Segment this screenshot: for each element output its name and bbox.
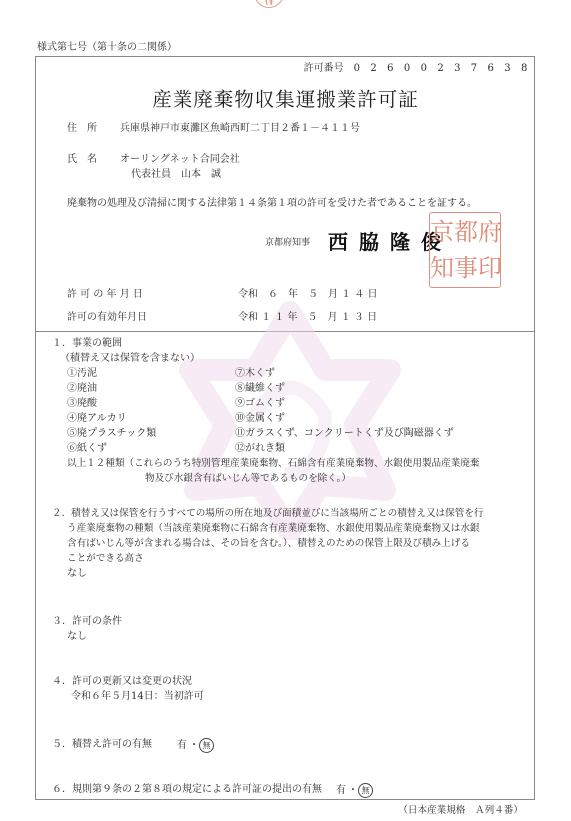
seal-char: 府 [478, 215, 502, 251]
expiry-date-label: 許可の有効年月日 [67, 311, 147, 324]
permit-date-value: 令和 ６ 年 ５ 月 １ ４ 日 [238, 288, 378, 301]
option-no-circled: 無 [199, 738, 214, 753]
issuer-title: 京都府知事 [265, 235, 310, 248]
waste-item: ①汚泥 [67, 367, 97, 380]
waste-item: ⑪ガラスくず、コンクリートくず及び陶磁器くず [235, 427, 454, 440]
waste-item: ⑧繊維くず [235, 382, 285, 395]
waste-item: ⑫がれき類 [235, 442, 285, 455]
permit-number-value: 0 2 6 0 0 2 3 7 6 3 8 [354, 63, 531, 74]
section-2-line: ことができる高さ [67, 552, 144, 565]
seal-char: 知 [430, 251, 454, 287]
permit-date-label: 許 可 の 年 月 日 [67, 288, 143, 301]
name-label: 氏 名 [67, 153, 97, 166]
waste-item: ⑨ゴムくず [235, 397, 285, 410]
option-separator: ・ [348, 785, 358, 796]
section-2-value: なし [67, 567, 87, 580]
waste-item: ⑥紙くず [67, 442, 107, 455]
section-4-value: 令和６年５月14日：当初許可 [71, 690, 204, 703]
company-name: オーリングネット合同会社 [120, 153, 240, 166]
document-title: 産業廃棄物収集運搬業許可証 [0, 84, 571, 112]
permit-number: 許可番号0 2 6 0 0 2 3 7 6 3 8 [304, 62, 531, 75]
permit-number-label: 許可番号 [304, 63, 344, 74]
seal-char: 京 [430, 215, 454, 251]
waste-item: ⑦木くず [235, 367, 275, 380]
seal-char: 印 [478, 251, 502, 287]
section-1-summary: 以上１２種類（これらのうち特別管理産業廃棄物、石綿含有産業廃棄物、水銀使用製品産… [67, 457, 480, 470]
option-separator: ・ [189, 740, 199, 751]
address-label: 住 所 [67, 122, 97, 135]
certification-text: 廃棄物の処理及び清掃に関する法律第１４条第１項の許可を受けた者であることを証する… [67, 197, 477, 210]
option-yes: 有 [177, 740, 187, 751]
seal-char: 事 [454, 251, 478, 287]
waste-item: ⑤廃プラスチック類 [67, 427, 156, 440]
governor-seal: 京 都 府 知 事 印 [429, 212, 501, 288]
section-6-heading: ６．規則第９条の２第８項の規定による許可証の提出の有無 [52, 783, 322, 796]
top-seal-stamp [254, 0, 284, 8]
section-5-yes-no: 有・無 [177, 738, 214, 753]
option-yes: 有 [336, 785, 346, 796]
paper-size-footer: （日本産業規格 Ａ列４番） [398, 804, 523, 817]
section-2-line: ２．積替え又は保管を行うすべての場所の所在地及び面積並びに当該場所ごとの積替え又… [52, 507, 484, 520]
waste-item: ③廃酸 [67, 397, 97, 410]
waste-item: ④廃アルカリ [67, 412, 127, 425]
section-3-heading: ３．許可の条件 [52, 615, 122, 628]
prefecture-emblem-watermark [175, 300, 405, 540]
section-2-line: う産業廃棄物の種類（当該産業廃棄物に石綿含有産業廃棄物、水銀使用製品産業廃棄物又… [67, 522, 480, 535]
address-value: 兵庫県神戸市東灘区魚崎西町二丁目２番１－４１１号 [120, 122, 360, 135]
section-1-note: （積替え又は保管を含まない） [60, 352, 200, 365]
section-3-value: なし [67, 630, 87, 643]
waste-item: ②廃油 [67, 382, 97, 395]
representative-name: 代表社員 山本 誠 [131, 168, 221, 181]
waste-item: ⑩金属くず [235, 412, 285, 425]
form-label: 様式第七号（第十条の二関係） [37, 41, 177, 54]
option-no-circled: 無 [358, 783, 373, 798]
section-1-heading: １．事業の範囲 [52, 337, 122, 350]
section-6-yes-no: 有・無 [336, 783, 373, 798]
section-1-summary-cont: 物及び水銀含有ばいじん等であるものを除く。） [145, 472, 351, 485]
expiry-date-value: 令和 １ １ 年 ５ 月 １ ３ 日 [238, 311, 377, 324]
section-5-heading: ５．積替え許可の有無 [52, 738, 152, 751]
section-2-line: 含有ばいじん等が含まれる場合は、その旨を含む。）、積替えのための保管上限及び積み… [67, 537, 470, 550]
section-4-heading: ４．許可の更新又は変更の状況 [52, 675, 192, 688]
seal-char: 都 [454, 215, 478, 251]
